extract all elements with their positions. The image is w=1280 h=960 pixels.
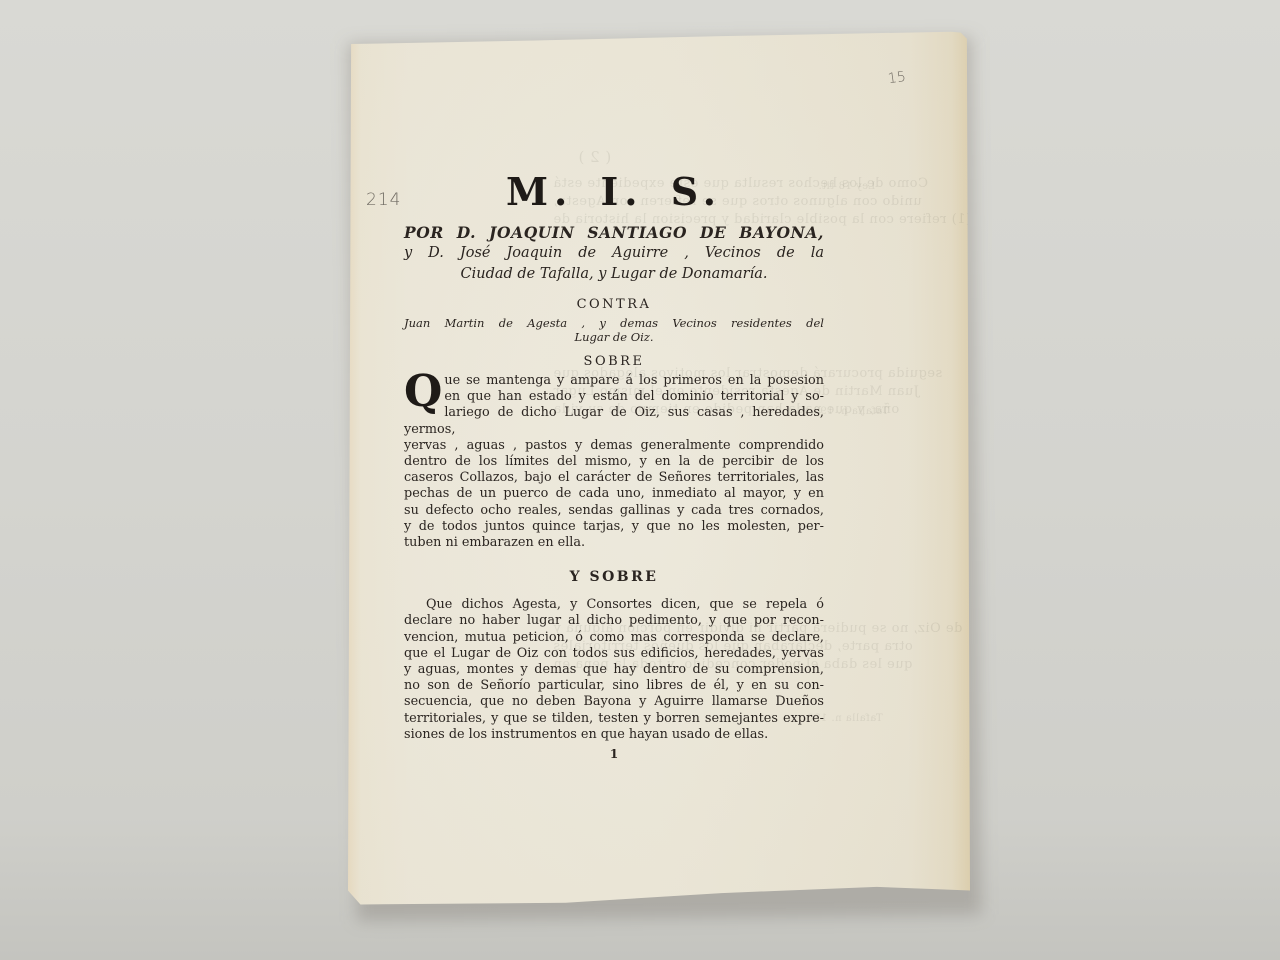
document-content: M. I. S. POR D. JOAQUIN SANTIAGO DE BAYO…	[404, 170, 824, 761]
handwritten-note-left: 214	[366, 190, 401, 210]
drop-cap: Q	[404, 374, 442, 410]
paragraph-line: y de todos juntos quince tarjas, y que n…	[404, 519, 824, 535]
paragraph-line: vencion, mutua peticion, ó como mas corr…	[404, 630, 824, 646]
paragraph-line: ue se mantenga y ampare á los primeros e…	[404, 373, 824, 389]
contra-block: Juan Martin de Agesta , y demas Vecinos …	[404, 316, 824, 344]
paragraph-line: no son de Señorío particular, sino libre…	[404, 678, 824, 694]
paragraph-line: caseros Collazos, bajo el carácter de Se…	[404, 470, 824, 486]
parties-block: POR D. JOAQUIN SANTIAGO DE BAYONA, y D. …	[404, 222, 824, 285]
handwritten-note-top-right: 15	[887, 69, 907, 87]
bleed-through-header: ( 2 )	[578, 148, 611, 166]
paragraph-line: tuben ni embarazen en ella.	[404, 535, 824, 551]
paragraph-line: pechas de un puerco de cada uno, inmedia…	[404, 486, 824, 502]
y-sobre-paragraph: Que dichos Agesta, y Consortes dicen, qu…	[404, 597, 824, 743]
paragraph-line: lariego de dicho Lugar de Oiz, sus casas…	[404, 405, 824, 437]
parties-line: Ciudad de Tafalla, y Lugar de Donamaría.	[404, 264, 824, 285]
sobre-paragraph: Q ue se mantenga y ampare á los primeros…	[404, 373, 824, 551]
bleed-through-margin-note: Ley 18 tit.	[818, 178, 875, 196]
sobre-heading: SOBRE	[404, 354, 824, 369]
parties-line: y D. José Joaquin de Aguirre , Vecinos d…	[404, 243, 824, 264]
parties-line: POR D. JOAQUIN SANTIAGO DE BAYONA,	[404, 222, 824, 243]
contra-line: Juan Martin de Agesta , y demas Vecinos …	[404, 316, 824, 330]
contra-heading: CONTRA	[404, 297, 824, 312]
document-page: ( 2 ) Como de los hechos resulta que est…	[348, 30, 970, 908]
page-number: 1	[404, 747, 824, 761]
paragraph-line: yervas , aguas , pastos y demas generalm…	[404, 438, 824, 454]
paragraph-line: Que dichos Agesta, y Consortes dicen, qu…	[404, 597, 824, 613]
paragraph-line: territoriales, y que se tilden, testen y…	[404, 711, 824, 727]
paragraph-line: siones de los instrumentos en que hayan …	[404, 727, 824, 743]
contra-line: Lugar de Oiz.	[574, 330, 653, 344]
y-sobre-heading: Y SOBRE	[404, 569, 824, 585]
paragraph-line: y aguas, montes y demas que hay dentro d…	[404, 662, 824, 678]
document-title: M. I. S.	[404, 170, 824, 214]
paragraph-line: declare no haber lugar al dicho pediment…	[404, 613, 824, 629]
paragraph-line: en que han estado y están del dominio te…	[404, 389, 824, 405]
paragraph-line: dentro de los límites del mismo, y en la…	[404, 454, 824, 470]
paragraph-line: que el Lugar de Oiz con todos sus edific…	[404, 646, 824, 662]
paragraph-line: secuencia, que no deben Bayona y Aguirre…	[404, 694, 824, 710]
paragraph-line: su defecto ocho reales, sendas gallinas …	[404, 503, 824, 519]
